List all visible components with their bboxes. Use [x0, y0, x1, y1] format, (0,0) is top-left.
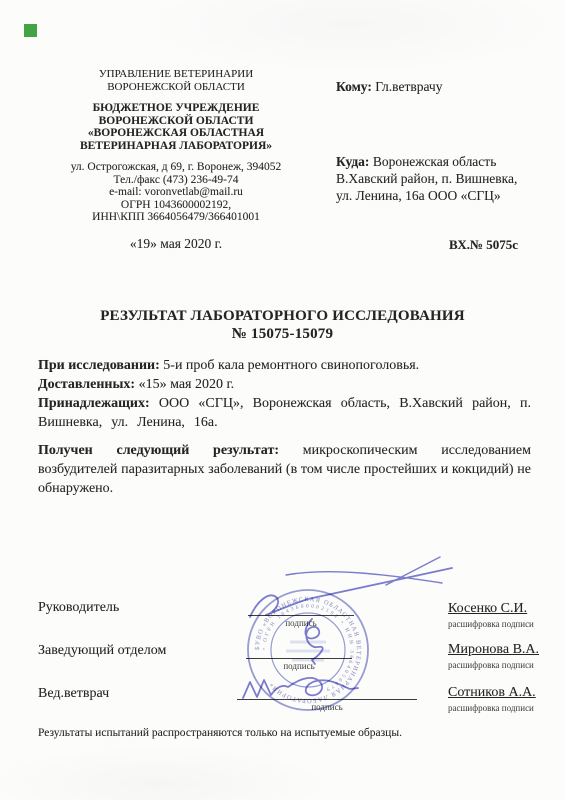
delivered-label: Доставленных:: [38, 377, 135, 392]
signature-role-2: Заведующий отделом: [38, 643, 166, 659]
org-parent-line2: ВОРОНЕЖСКОЙ ОБЛАСТИ: [35, 81, 317, 94]
ink-signature-director: [250, 568, 452, 617]
where-line3: ул. Ленина, 16а ООО «СГЦ»: [336, 187, 554, 204]
title-line1: РЕЗУЛЬТАТ ЛАБОРАТОРНОГО ИССЛЕДОВАНИЯ: [0, 307, 565, 325]
delivered-line: Доставленных: «15» мая 2020 г.: [38, 375, 531, 394]
delivered-text: «15» мая 2020 г.: [135, 377, 234, 392]
green-marker: [24, 24, 37, 37]
ink-signatures: [190, 545, 470, 715]
belong-label: Принадлежащих:: [38, 396, 150, 411]
title-line2: № 15075-15079: [0, 325, 565, 343]
where-line2: В.Хавский район, п. Вишневка,: [336, 170, 554, 187]
ink-signature-director-flourish: [286, 557, 442, 585]
org-phone: Тел./факс (473) 236-49-74: [35, 174, 317, 187]
to-value: Гл.ветврачу: [372, 79, 443, 94]
org-name-line3: «ВОРОНЕЖСКАЯ ОБЛАСТНАЯ: [35, 127, 317, 140]
to-label: Кому:: [336, 79, 372, 94]
document-body: При исследовании: 5-и проб кала ремонтно…: [38, 356, 531, 498]
letterhead: УПРАВЛЕНИЕ ВЕТЕРИНАРИИ ВОРОНЕЖСКОЙ ОБЛАС…: [35, 68, 317, 224]
recipient-where: Куда: Воронежская область В.Хавский райо…: [336, 153, 554, 204]
footer-note: Результаты испытаний распространяются то…: [38, 727, 402, 739]
incoming-number: ВХ.№ 5075с: [449, 237, 518, 253]
document-title: РЕЗУЛЬТАТ ЛАБОРАТОРНОГО ИССЛЕДОВАНИЯ № 1…: [0, 307, 565, 343]
result-label: Получен следующий результат:: [38, 443, 279, 458]
org-name-line1: БЮДЖЕТНОЕ УЧРЕЖДЕНИЕ: [35, 102, 317, 115]
signature-role-1: Руководитель: [38, 600, 119, 616]
belong-paragraph: Принадлежащих: ООО «СГЦ», Воронежская об…: [38, 394, 531, 432]
research-label: При исследовании:: [38, 358, 160, 373]
org-name-line4: ВЕТЕРИНАРНАЯ ЛАБОРАТОРИЯ»: [35, 140, 317, 153]
ink-signature-vet: [243, 678, 358, 698]
org-email: e-mail: voronvetlab@mail.ru: [35, 186, 317, 199]
ink-signature-head: [305, 619, 322, 664]
result-paragraph: Получен следующий результат: микроскопич…: [38, 441, 531, 498]
org-parent-line1: УПРАВЛЕНИЕ ВЕТЕРИНАРИИ: [35, 68, 317, 81]
where-label: Куда:: [336, 154, 369, 169]
org-inn-kpp: ИНН\КПП 3664056479/366401001: [35, 211, 317, 224]
document-page: УПРАВЛЕНИЕ ВЕТЕРИНАРИИ ВОРОНЕЖСКОЙ ОБЛАС…: [0, 0, 565, 800]
org-ogrn: ОГРН 1043600002192,: [35, 199, 317, 212]
signature-role-3: Вед.ветврач: [38, 686, 109, 702]
org-address: ул. Острогожская, д 69, г. Воронеж, 3940…: [35, 161, 317, 174]
research-line: При исследовании: 5-и проб кала ремонтно…: [38, 356, 531, 375]
recipient-to: Кому: Гл.ветврачу: [336, 79, 551, 95]
document-date: «19» мая 2020 г.: [35, 236, 317, 252]
where-line1: Воронежская область: [369, 154, 496, 169]
org-name-line2: ВОРОНЕЖСКОЙ ОБЛАСТИ: [35, 115, 317, 128]
research-text: 5-и проб кала ремонтного свинопоголовья.: [160, 358, 419, 373]
